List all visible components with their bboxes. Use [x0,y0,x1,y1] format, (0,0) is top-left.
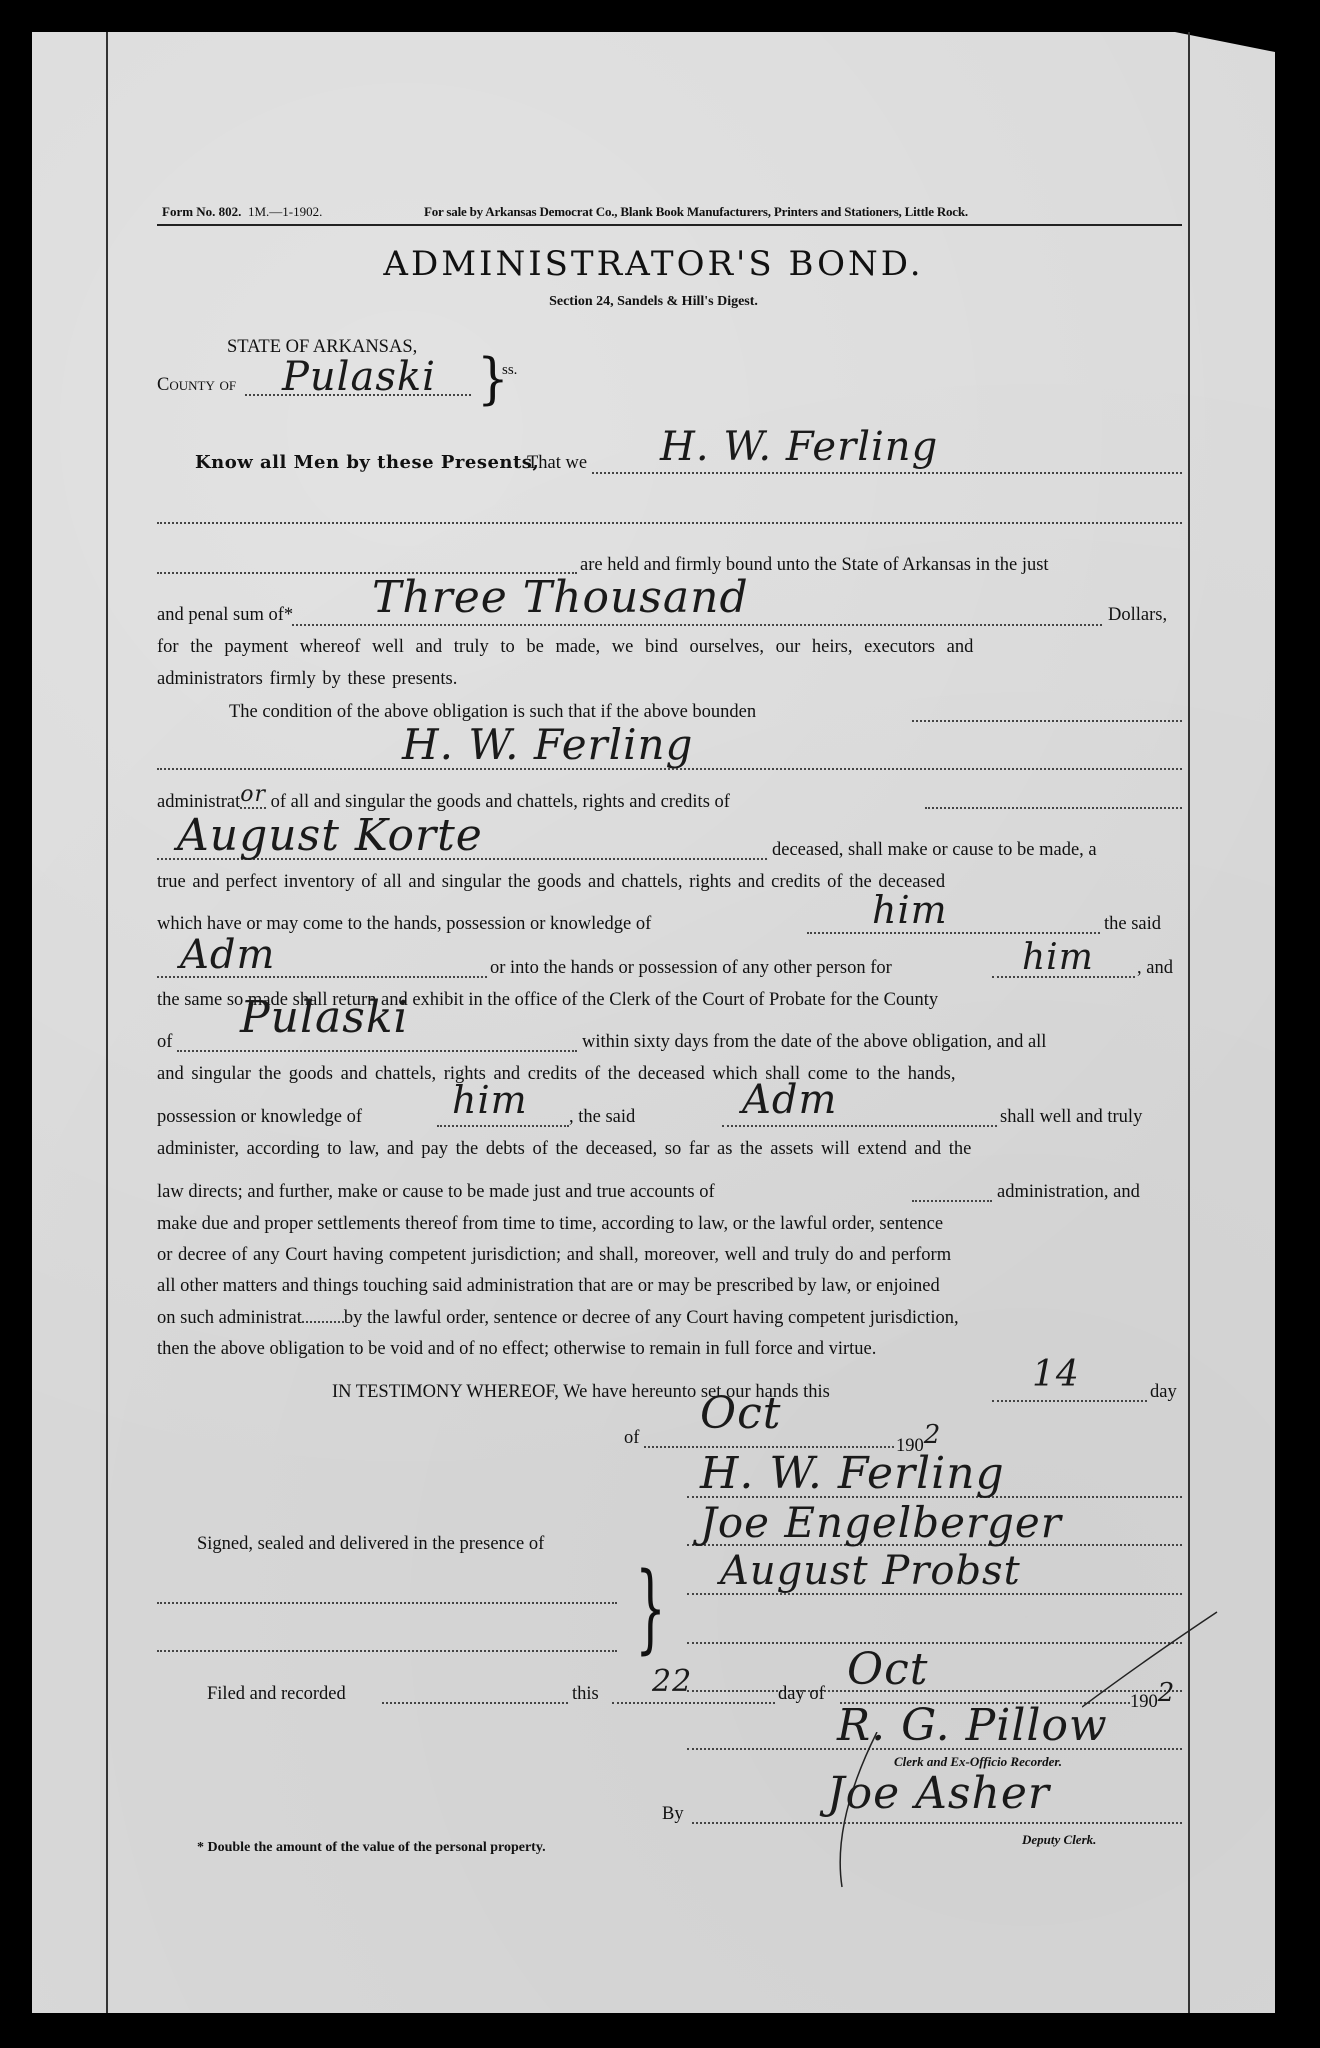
administrat-suffix-handwritten: or [240,782,266,809]
shall-well-label: shall well and truly [1000,1107,1142,1128]
day-of-label: day of [778,1684,825,1705]
deputy-signature-line [692,1822,1182,1824]
publisher-line: For sale by Arkansas Democrat Co., Blank… [424,204,968,220]
signer-2-signature: Joe Engelberger [700,1498,1062,1547]
decree-line: or decree of any Court having competent … [157,1245,951,1266]
penal-sum-field-line [292,624,1102,626]
testimony-day-handwritten: 14 [1032,1354,1080,1395]
county-label: County of [157,375,236,396]
venue-brace: } [477,347,509,411]
know-all-men: Know all Men by these Presents, [195,452,539,473]
hands-field-line [807,932,1100,934]
administer-line: administer, according to law, and pay th… [157,1139,971,1160]
that-we-label: That we [527,453,587,474]
deceased-field-line-1 [925,807,1182,809]
deceased-handwritten: August Korte [177,810,483,861]
void-line: then the above obligation to be void and… [157,1339,876,1360]
testimony-month-handwritten: Oct [700,1388,781,1439]
bounden-field-line-1 [912,720,1182,722]
and-label: , and [1137,958,1173,979]
hands-handwritten: him [872,888,948,932]
other-person-line: or into the hands or possession of any o… [490,958,892,979]
other-person-handwritten: him [1022,937,1094,978]
said-handwritten: Adm [180,932,275,978]
possession-handwritten: him [452,1078,528,1122]
by-label: By [662,1804,684,1825]
pen-stroke-mark [1082,1602,1222,1712]
filed-field-line [382,1702,568,1704]
the-said2-label: , the said [569,1107,635,1128]
filed-this-label: this [572,1684,599,1705]
settlements-line: make due and proper settlements thereof … [157,1214,943,1235]
law-directs-line: law directs; and further, make or cause … [157,1182,715,1203]
testimony-day-field-line [992,1400,1147,1402]
testimony-year-handwritten: 2 [924,1420,942,1450]
testimony-day-label: day [1150,1382,1177,1403]
document-title: ADMINISTRATOR'S BOND. [32,244,1275,284]
witness-brace: } [635,1552,666,1664]
sixty-days-line: within sixty days from the date of the a… [582,1032,1046,1053]
signer-3-signature: August Probst [720,1548,1021,1594]
possession-line: possession or knowledge of [157,1107,362,1128]
principal-continuation-line [157,522,1182,524]
ss-label: ss. [502,362,517,379]
header-rule [157,224,1182,226]
filed-day-field-line [612,1702,775,1704]
page-torn-corner [1175,32,1275,52]
footnote: * Double the amount of the value of the … [197,1840,546,1856]
penal-sum-label: and penal sum of* [157,605,293,626]
penal-sum-handwritten: Three Thousand [372,572,749,623]
inventory-line: true and perfect inventory of all and si… [157,872,945,893]
document-subtitle: Section 24, Sandels & Hill's Digest. [32,294,1275,310]
filed-month-handwritten: Oct [847,1644,928,1695]
deputy-flourish-mark [822,1732,882,1892]
bounden-handwritten: H. W. Ferling [402,720,693,769]
witness-line-2 [157,1650,617,1652]
administrators-line: administrators firmly by these presents. [157,669,457,690]
county2-handwritten: Pulaski [240,992,409,1043]
witness-line-1 [157,1602,617,1604]
deceased-line: deceased, shall make or cause to be made… [772,840,1097,861]
county-handwritten: Pulaski [282,354,436,400]
of-county-label: of [157,1032,172,1053]
deputy-title: Deputy Clerk. [1022,1832,1096,1848]
county2-field-line [177,1050,577,1052]
presence-label: Signed, sealed and delivered in the pres… [197,1534,544,1555]
possession-field-line [437,1125,569,1127]
the-said-label: the said [1104,914,1161,935]
on-such-line: on such administratby the lawful order, … [157,1308,959,1329]
form-number: Form No. 802. 1M.—1-1902. [162,204,322,220]
dollars-label: Dollars, [1108,605,1167,626]
said2-field-line [722,1125,997,1127]
said2-handwritten: Adm [742,1077,837,1123]
right-margin-rule [1188,32,1190,2013]
payment-line: for the payment whereof well and truly t… [157,637,973,658]
signer-1-signature: H. W. Ferling [700,1448,1005,1499]
document-page: Form No. 802. 1M.—1-1902. For sale by Ar… [32,32,1275,2013]
accounts-field-line [912,1200,992,1202]
matters-line: all other matters and things touching sa… [157,1276,940,1297]
filed-day-handwritten: 22 [652,1664,692,1699]
administration-and-label: administration, and [997,1182,1140,1203]
left-margin-rule [106,32,108,2013]
testimony-of-label: of [624,1428,639,1449]
principal-field-line [592,472,1182,474]
principal-handwritten: H. W. Ferling [660,424,938,470]
filed-recorded-label: Filed and recorded [207,1684,346,1705]
